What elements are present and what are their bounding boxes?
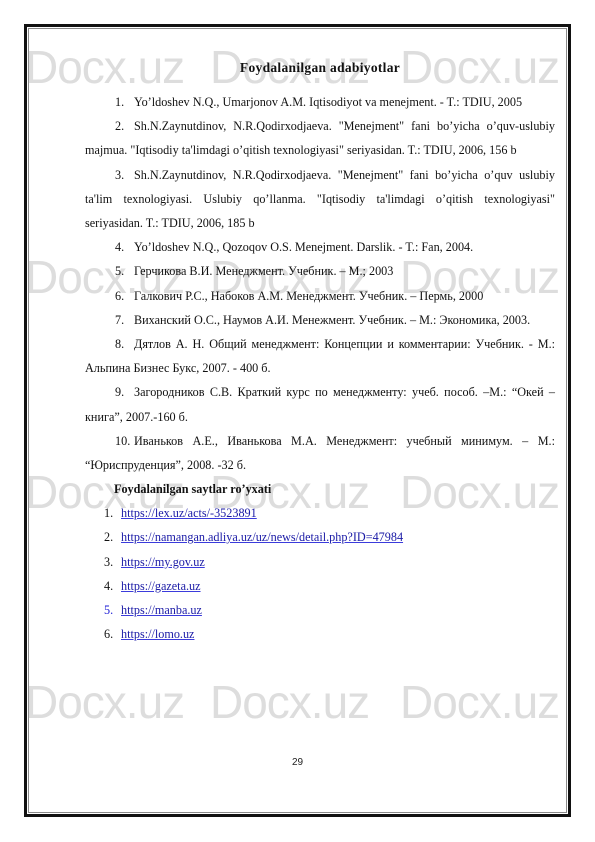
reference-item: 5.Герчикова В.И. Менеджмент. Учебник. – … (85, 259, 555, 283)
site-number: 6. (104, 622, 121, 646)
reference-item: 4.Yo’ldoshev N.Q., Qozoqov O.S. Menejmen… (85, 235, 555, 259)
reference-number: 10. (115, 429, 134, 453)
site-link[interactable]: https://my.gov.uz (121, 555, 205, 569)
site-link[interactable]: https://lex.uz/acts/-3523891 (121, 506, 257, 520)
reference-text: Загородников С.В. Краткий курс по менедж… (85, 385, 555, 423)
reference-number: 6. (115, 284, 134, 308)
site-item: 3.https://my.gov.uz (85, 550, 555, 574)
references-list: 1.Yo’ldoshev N.Q., Umarjonov A.M. Iqtiso… (85, 90, 555, 477)
reference-number: 9. (115, 380, 134, 404)
reference-text: Виханский О.С., Наумов А.И. Менежмент. У… (134, 313, 530, 327)
site-link[interactable]: https://namangan.adliya.uz/uz/news/detai… (121, 530, 403, 544)
site-number: 5. (104, 598, 121, 622)
site-link[interactable]: https://gazeta.uz (121, 579, 201, 593)
reference-text: Герчикова В.И. Менеджмент. Учебник. – М.… (134, 264, 393, 278)
reference-number: 7. (115, 308, 134, 332)
reference-text: Yo’ldoshev N.Q., Umarjonov A.M. Iqtisodi… (134, 95, 522, 109)
reference-number: 5. (115, 259, 134, 283)
site-item: 2.https://namangan.adliya.uz/uz/news/det… (85, 525, 555, 549)
reference-number: 4. (115, 235, 134, 259)
reference-item: 1.Yo’ldoshev N.Q., Umarjonov A.M. Iqtiso… (85, 90, 555, 114)
site-link[interactable]: https://lomo.uz (121, 627, 194, 641)
reference-item: 3.Sh.N.Zaynutdinov, N.R.Qodirxodjaeva. "… (85, 163, 555, 236)
site-number: 3. (104, 550, 121, 574)
reference-item: 9.Загородников С.В. Краткий курс по мене… (85, 380, 555, 428)
sites-section-title: Foydalanilgan saytlar ro’yxati (85, 477, 555, 501)
reference-text: Иваньков А.Е., Иванькова М.А. Менеджмент… (85, 434, 555, 472)
reference-number: 1. (115, 90, 134, 114)
site-item: 1.https://lex.uz/acts/-3523891 (85, 501, 555, 525)
document-body: Foydalanilgan adabiyotlar 1.Yo’ldoshev N… (85, 58, 555, 646)
page-number: 29 (0, 757, 595, 768)
reference-text: Yo’ldoshev N.Q., Qozoqov O.S. Menejment.… (134, 240, 473, 254)
reference-number: 2. (115, 114, 134, 138)
reference-item: 6.Галкович Р.С., Набоков А.М. Менеджмент… (85, 284, 555, 308)
site-number: 2. (104, 525, 121, 549)
reference-item: 8.Дятлов А. Н. Общий менеджмент: Концепц… (85, 332, 555, 380)
reference-number: 8. (115, 332, 134, 356)
site-item: 6.https://lomo.uz (85, 622, 555, 646)
sites-list: 1.https://lex.uz/acts/-35238912.https://… (85, 501, 555, 646)
page-title: Foydalanilgan adabiyotlar (85, 58, 555, 78)
site-number: 4. (104, 574, 121, 598)
reference-item: 2.Sh.N.Zaynutdinov, N.R.Qodirxodjaeva. "… (85, 114, 555, 162)
site-item: 4.https://gazeta.uz (85, 574, 555, 598)
site-item: 5.https://manba.uz (85, 598, 555, 622)
site-link[interactable]: https://manba.uz (121, 603, 202, 617)
reference-text: Галкович Р.С., Набоков А.М. Менеджмент. … (134, 289, 483, 303)
reference-text: Sh.N.Zaynutdinov, N.R.Qodirxodjaeva. "Me… (85, 119, 555, 157)
reference-item: 10.Иваньков А.Е., Иванькова М.А. Менеджм… (85, 429, 555, 477)
reference-number: 3. (115, 163, 134, 187)
reference-text: Дятлов А. Н. Общий менеджмент: Концепции… (85, 337, 555, 375)
reference-text: Sh.N.Zaynutdinov, N.R.Qodirxodjaeva. "Me… (85, 168, 555, 230)
site-number: 1. (104, 501, 121, 525)
reference-item: 7.Виханский О.С., Наумов А.И. Менежмент.… (85, 308, 555, 332)
